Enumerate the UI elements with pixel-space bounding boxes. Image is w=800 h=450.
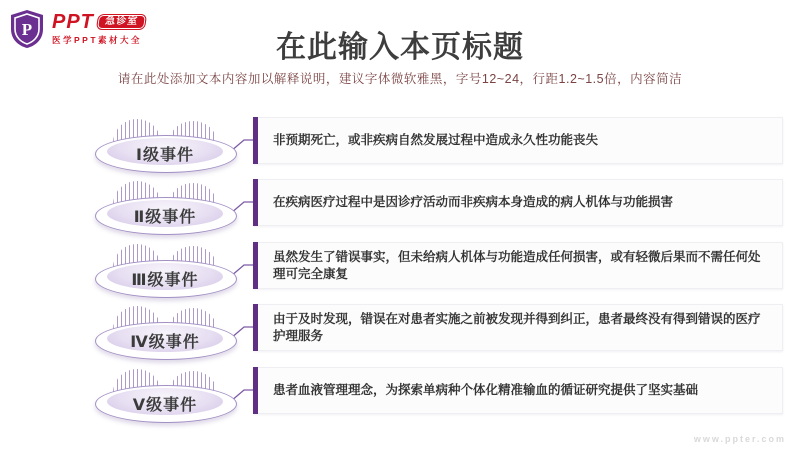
event-description-card-3: 虽然发生了错误事实，但未给病人机体与功能造成任何损害，或有轻微后果而不需任何处理… bbox=[253, 242, 783, 289]
event-level-label: Ⅲ级事件 bbox=[95, 267, 235, 290]
watermark: www.ppter.com bbox=[694, 434, 786, 444]
event-level-ellipse-3: Ⅲ级事件 bbox=[95, 242, 235, 304]
event-level-label: Ⅱ级事件 bbox=[95, 204, 235, 227]
event-description-text: 虽然发生了错误事实，但未给病人机体与功能造成任何损害，或有轻微后果而不需任何处理… bbox=[273, 249, 766, 283]
event-level-ellipse-2: Ⅱ级事件 bbox=[95, 179, 235, 241]
event-description-card-5: 患者血液管理理念，为探索单病种个体化精准输血的循证研究提供了坚实基础 bbox=[253, 367, 783, 414]
event-level-label: Ⅰ级事件 bbox=[95, 142, 235, 165]
event-description-text: 由于及时发现，错误在对患者实施之前被发现并得到纠正，患者最终没有得到错误的医疗护… bbox=[273, 311, 766, 345]
event-level-ellipse-4: Ⅳ级事件 bbox=[95, 304, 235, 366]
event-level-ellipse-1: Ⅰ级事件 bbox=[95, 117, 235, 179]
event-description-text: 患者血液管理理念，为探索单病种个体化精准输血的循证研究提供了坚实基础 bbox=[273, 382, 698, 399]
event-level-label: Ⅳ级事件 bbox=[95, 329, 235, 352]
event-description-card-2: 在疾病医疗过程中是因诊疗活动而非疾病本身造成的病人机体与功能损害 bbox=[253, 179, 783, 226]
slide: P PPT 急诊室 医学PPT素材大全 在此输入本页标题 请在此处添加文本内容加… bbox=[0, 0, 800, 450]
event-level-label: Ⅴ级事件 bbox=[95, 392, 235, 415]
page-subtitle: 请在此处添加文本内容加以解释说明，建议字体微软雅黑，字号12~24，行距1.2~… bbox=[0, 69, 800, 87]
event-description-text: 在疾病医疗过程中是因诊疗活动而非疾病本身造成的病人机体与功能损害 bbox=[273, 194, 673, 211]
event-description-card-1: 非预期死亡，或非疾病自然发展过程中造成永久性功能丧失 bbox=[253, 117, 783, 164]
event-description-card-4: 由于及时发现，错误在对患者实施之前被发现并得到纠正，患者最终没有得到错误的医疗护… bbox=[253, 304, 783, 351]
page-title: 在此输入本页标题 bbox=[0, 22, 800, 66]
event-description-text: 非预期死亡，或非疾病自然发展过程中造成永久性功能丧失 bbox=[273, 132, 598, 149]
event-level-ellipse-5: Ⅴ级事件 bbox=[95, 367, 235, 429]
